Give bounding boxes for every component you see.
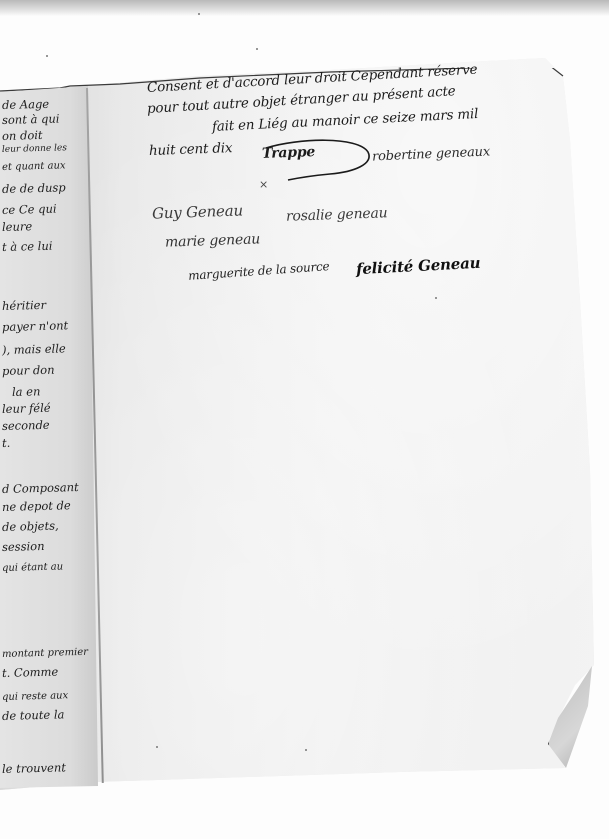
paper-speck — [198, 13, 200, 15]
margin-fragment: de toute la — [2, 707, 65, 723]
margin-fragment: t. — [2, 436, 11, 450]
paper-speck — [156, 746, 158, 748]
text-line-4: huit cent dix — [149, 140, 233, 159]
margin-fragment: leure — [2, 219, 33, 234]
margin-fragment: t. Comme — [2, 665, 59, 680]
margin-fragment: seconde — [2, 418, 50, 433]
margin-fragment: la en — [12, 384, 41, 399]
margin-fragment: payer n'ont — [2, 318, 69, 334]
signature-marie: marie geneau — [165, 231, 261, 250]
document-scan: Consent et d'accord leur droit Cependant… — [0, 0, 609, 839]
margin-fragment: leur félé — [2, 401, 51, 416]
paper-speck — [46, 55, 48, 57]
margin-fragment: qui étant au — [2, 561, 63, 574]
margin-fragment: ne depot de — [2, 498, 71, 514]
margin-fragment: t à ce lui — [2, 239, 53, 254]
margin-fragment: leur donne les — [2, 143, 67, 155]
margin-fragment: qui reste aux — [2, 690, 68, 703]
margin-fragment: d Composant — [2, 480, 79, 496]
margin-fragment: de de dusp — [2, 180, 66, 196]
paper-speck — [305, 749, 307, 751]
paper-speck — [256, 48, 258, 50]
margin-fragment: le trouvent — [2, 760, 66, 776]
scanner-shadow — [0, 0, 609, 16]
paper-speck — [435, 297, 437, 299]
margin-fragment: héritier — [2, 298, 46, 313]
margin-fragment: ), mais elle — [2, 341, 66, 357]
signature-guy: Guy Geneau — [152, 201, 243, 222]
signature-trappe: Trappe — [262, 144, 316, 162]
cross-mark: × — [259, 178, 268, 191]
margin-fragment: montant premier — [2, 647, 88, 660]
margin-fragment: sont à qui — [2, 111, 60, 126]
margin-fragment: on doit — [2, 128, 43, 143]
margin-fragment: de objets, — [2, 519, 59, 534]
margin-fragment: ce Ce qui — [2, 202, 57, 217]
margin-fragment: et quant aux — [2, 160, 66, 173]
margin-fragment: de Aage — [2, 97, 50, 112]
margin-fragment: session — [2, 539, 45, 554]
margin-fragment: pour don — [2, 363, 55, 378]
